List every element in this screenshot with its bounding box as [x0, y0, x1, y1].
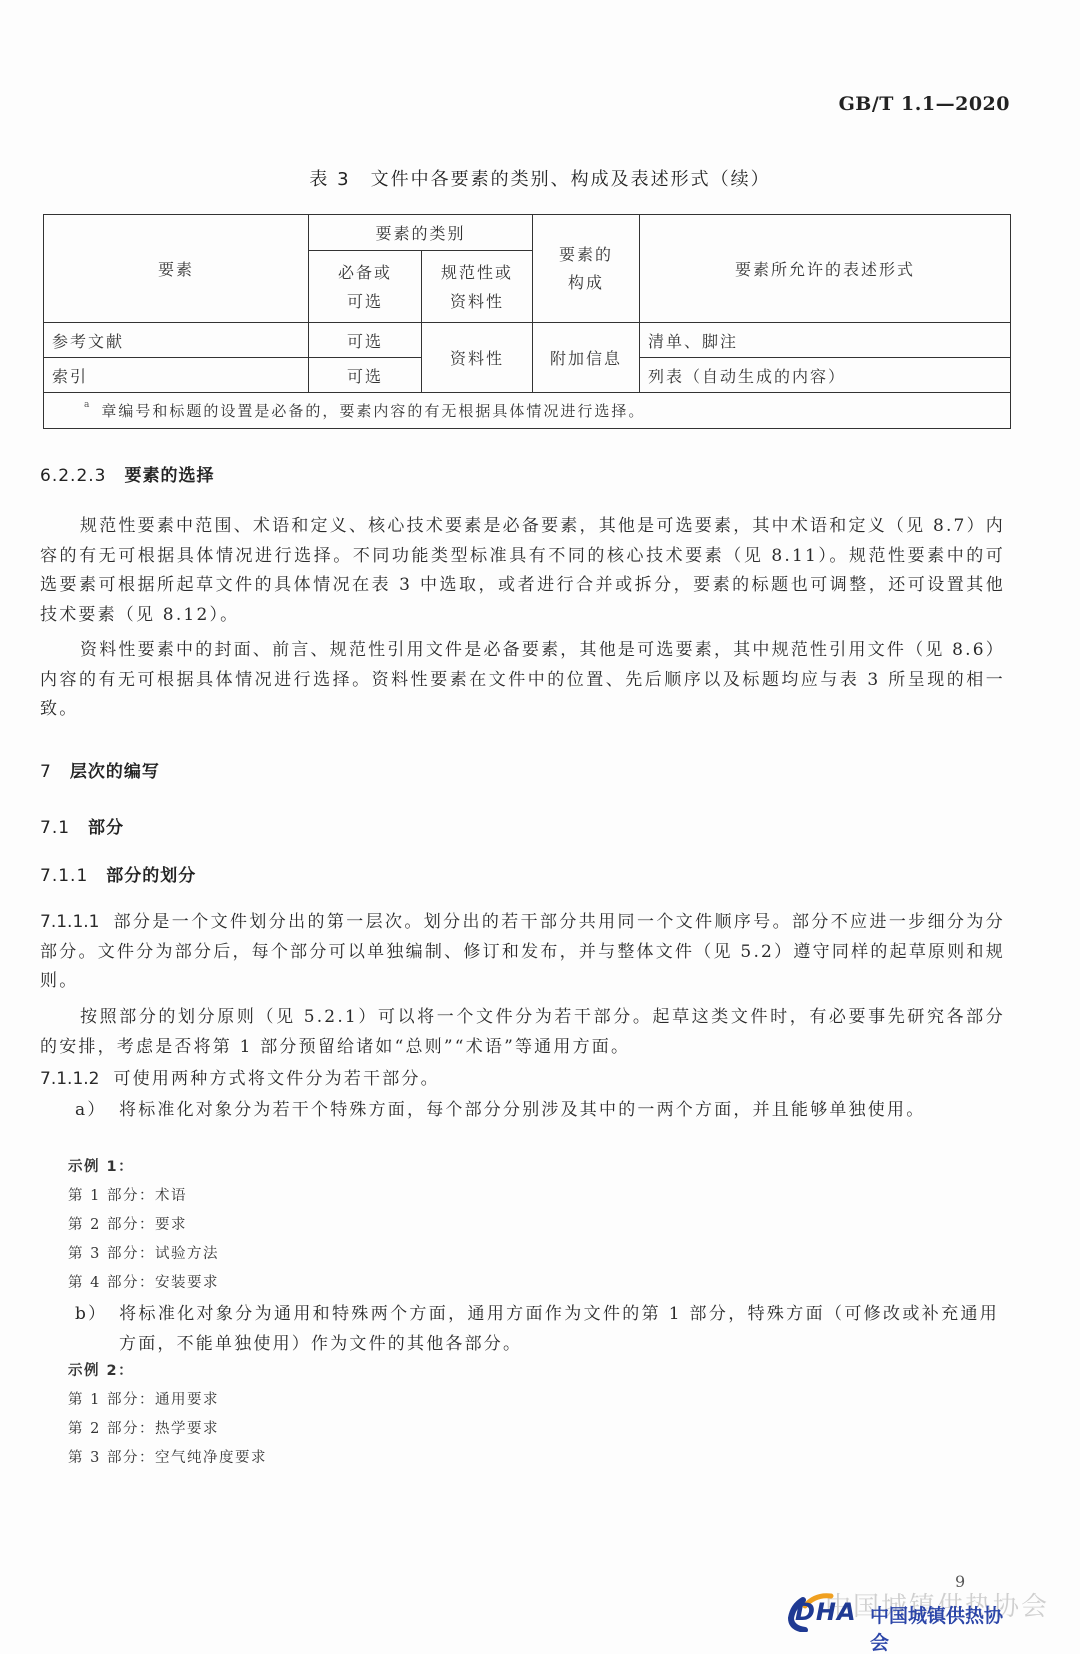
list-item-b: b）将标准化对象分为通用和特殊两个方面，通用方面作为文件的第 1 部分，特殊方面…	[75, 1300, 999, 1359]
header-expression-forms: 要素所允许的表述形式	[640, 215, 1011, 323]
heading-7-1-1: 7.1.1部分的划分	[40, 861, 196, 886]
table-footnote: a章编号和标题的设置是必备的，要素内容的有无根据具体情况进行选择。	[44, 393, 1011, 429]
header-element: 要素	[44, 215, 309, 323]
clause-7-1-1-1: 7.1.1.1部分是一个文件划分出的第一层次。划分出的若干部分共用同一个文件顺序…	[40, 908, 1005, 997]
header-composition: 要素的构成	[533, 215, 640, 323]
paragraph: 规范性要素中范围、术语和定义、核心技术要素是必备要素，其他是可选要素，其中术语和…	[40, 512, 1005, 630]
cell-element: 参考文献	[44, 323, 309, 358]
paragraph: 资料性要素中的封面、前言、规范性引用文件是必备要素，其他是可选要素，其中规范性引…	[40, 636, 1005, 725]
example-line: 第 3 部分：空气纯净度要求	[68, 1444, 267, 1473]
example-line: 第 2 部分：热学要求	[68, 1415, 267, 1444]
cdha-logo: 中国城镇供热协会 DHA 中国城镇供热协会	[775, 1592, 1005, 1628]
clause-7-1-1-2: 7.1.1.2可使用两种方式将文件分为若干部分。	[40, 1065, 1005, 1095]
example-line: 第 3 部分：试验方法	[68, 1240, 219, 1269]
logo-abbr: DHA	[795, 1598, 857, 1626]
cell-required: 可选	[309, 323, 422, 358]
heading-6-2-2-3: 6.2.2.3要素的选择	[40, 461, 214, 486]
header-category-group: 要素的类别	[309, 215, 533, 251]
cell-form: 列表（自动生成的内容）	[640, 358, 1011, 393]
example-line: 第 4 部分：安装要求	[68, 1269, 219, 1298]
heading-7-1: 7.1部分	[40, 813, 124, 838]
example-line: 第 1 部分：术语	[68, 1182, 219, 1211]
header-normative-or-informative: 规范性或资料性	[422, 251, 533, 323]
logo-name: 中国城镇供热协会	[870, 1601, 1005, 1654]
cell-required: 可选	[309, 358, 422, 393]
elements-table: 要素 要素的类别 要素的构成 要素所允许的表述形式 必备或可选 规范性或资料性 …	[43, 214, 1011, 429]
example-2: 示例 2： 第 1 部分：通用要求 第 2 部分：热学要求 第 3 部分：空气纯…	[68, 1357, 267, 1473]
header-required-or-optional: 必备或可选	[309, 251, 422, 323]
example-line: 第 1 部分：通用要求	[68, 1386, 267, 1415]
cell-form: 清单、脚注	[640, 323, 1011, 358]
paragraph: 按照部分的划分原则（见 5.2.1）可以将一个文件分为若干部分。起草这类文件时，…	[40, 1003, 1005, 1062]
list-item-a: a）将标准化对象分为若干个特殊方面，每个部分分别涉及其中的一两个方面，并且能够单…	[75, 1096, 999, 1126]
cell-nature: 资料性	[422, 323, 533, 393]
table-row: 参考文献 可选 资料性 附加信息 清单、脚注	[44, 323, 1011, 358]
cell-composition: 附加信息	[533, 323, 640, 393]
example-line: 第 2 部分：要求	[68, 1211, 219, 1240]
heading-7: 7层次的编写	[40, 757, 160, 782]
footnote-marker: a	[84, 400, 91, 410]
cell-element: 索引	[44, 358, 309, 393]
table-title: 表 3 文件中各要素的类别、构成及表述形式（续）	[0, 165, 1080, 191]
standard-code: GB/T 1.1—2020	[839, 93, 1010, 115]
example-1: 示例 1： 第 1 部分：术语 第 2 部分：要求 第 3 部分：试验方法 第 …	[68, 1153, 219, 1298]
